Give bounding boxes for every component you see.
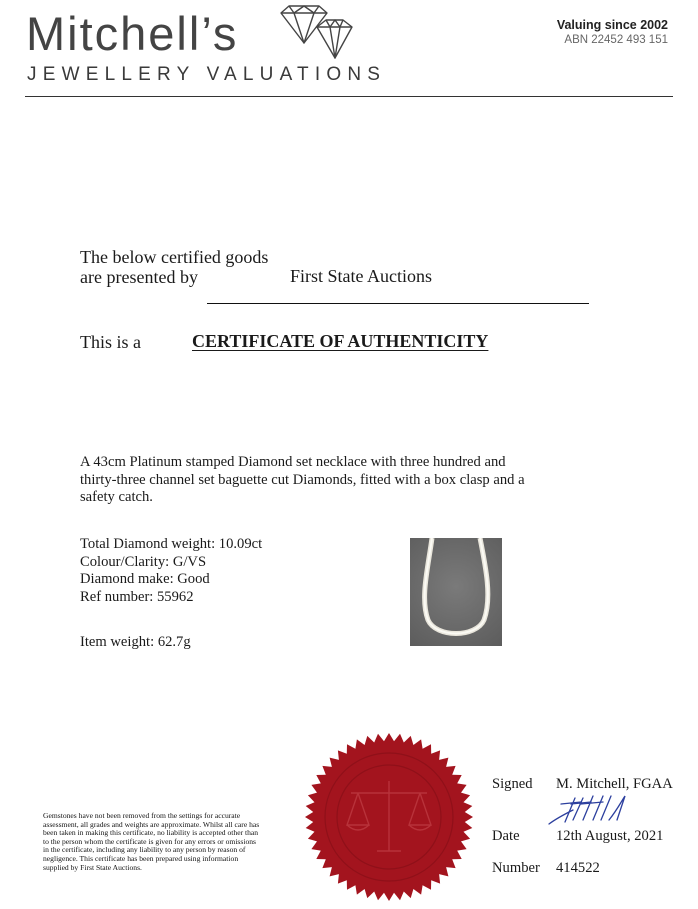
- certificate-title: CERTIFICATE OF AUTHENTICITY: [192, 331, 488, 352]
- intro-line-2: are presented by: [80, 267, 198, 288]
- date-value: 12th August, 2021: [556, 828, 663, 845]
- number-value: 414522: [556, 860, 600, 877]
- date-label: Date: [492, 828, 520, 845]
- number-label: Number: [492, 860, 540, 877]
- presenter-name: First State Auctions: [290, 266, 432, 287]
- item-description: A 43cm Platinum stamped Diamond set neck…: [80, 454, 530, 507]
- signed-value: M. Mitchell, FGAA: [556, 776, 673, 793]
- signature-icon: [547, 792, 657, 826]
- spec-diamond-weight: Total Diamond weight: 10.09ct: [80, 536, 262, 554]
- tagline: Valuing since 2002: [557, 18, 668, 32]
- presenter-underline: [207, 284, 589, 304]
- seal-icon: [303, 733, 475, 901]
- abn-number: ABN 22452 493 151: [564, 34, 668, 46]
- spec-colour-clarity: Colour/Clarity: G/VS: [80, 554, 262, 572]
- necklace-icon: [410, 538, 502, 646]
- header-divider: [25, 96, 673, 97]
- diamonds-icon: [275, 3, 357, 63]
- item-weight: Item weight: 62.7g: [80, 634, 191, 651]
- brand-name: Mitchell’s: [26, 4, 238, 64]
- item-specs: Total Diamond weight: 10.09ct Colour/Cla…: [80, 536, 262, 606]
- intro-line-1: The below certified goods: [80, 247, 268, 268]
- brand-subtitle: JEWELLERY VALUATIONS: [27, 64, 386, 86]
- disclaimer-text: Gemstones have not been removed from the…: [43, 812, 263, 872]
- certificate-prefix: This is a: [80, 332, 141, 353]
- signed-label: Signed: [492, 776, 533, 793]
- necklace-photo: [410, 538, 502, 646]
- spec-ref-number: Ref number: 55962: [80, 589, 262, 607]
- spec-diamond-make: Diamond make: Good: [80, 571, 262, 589]
